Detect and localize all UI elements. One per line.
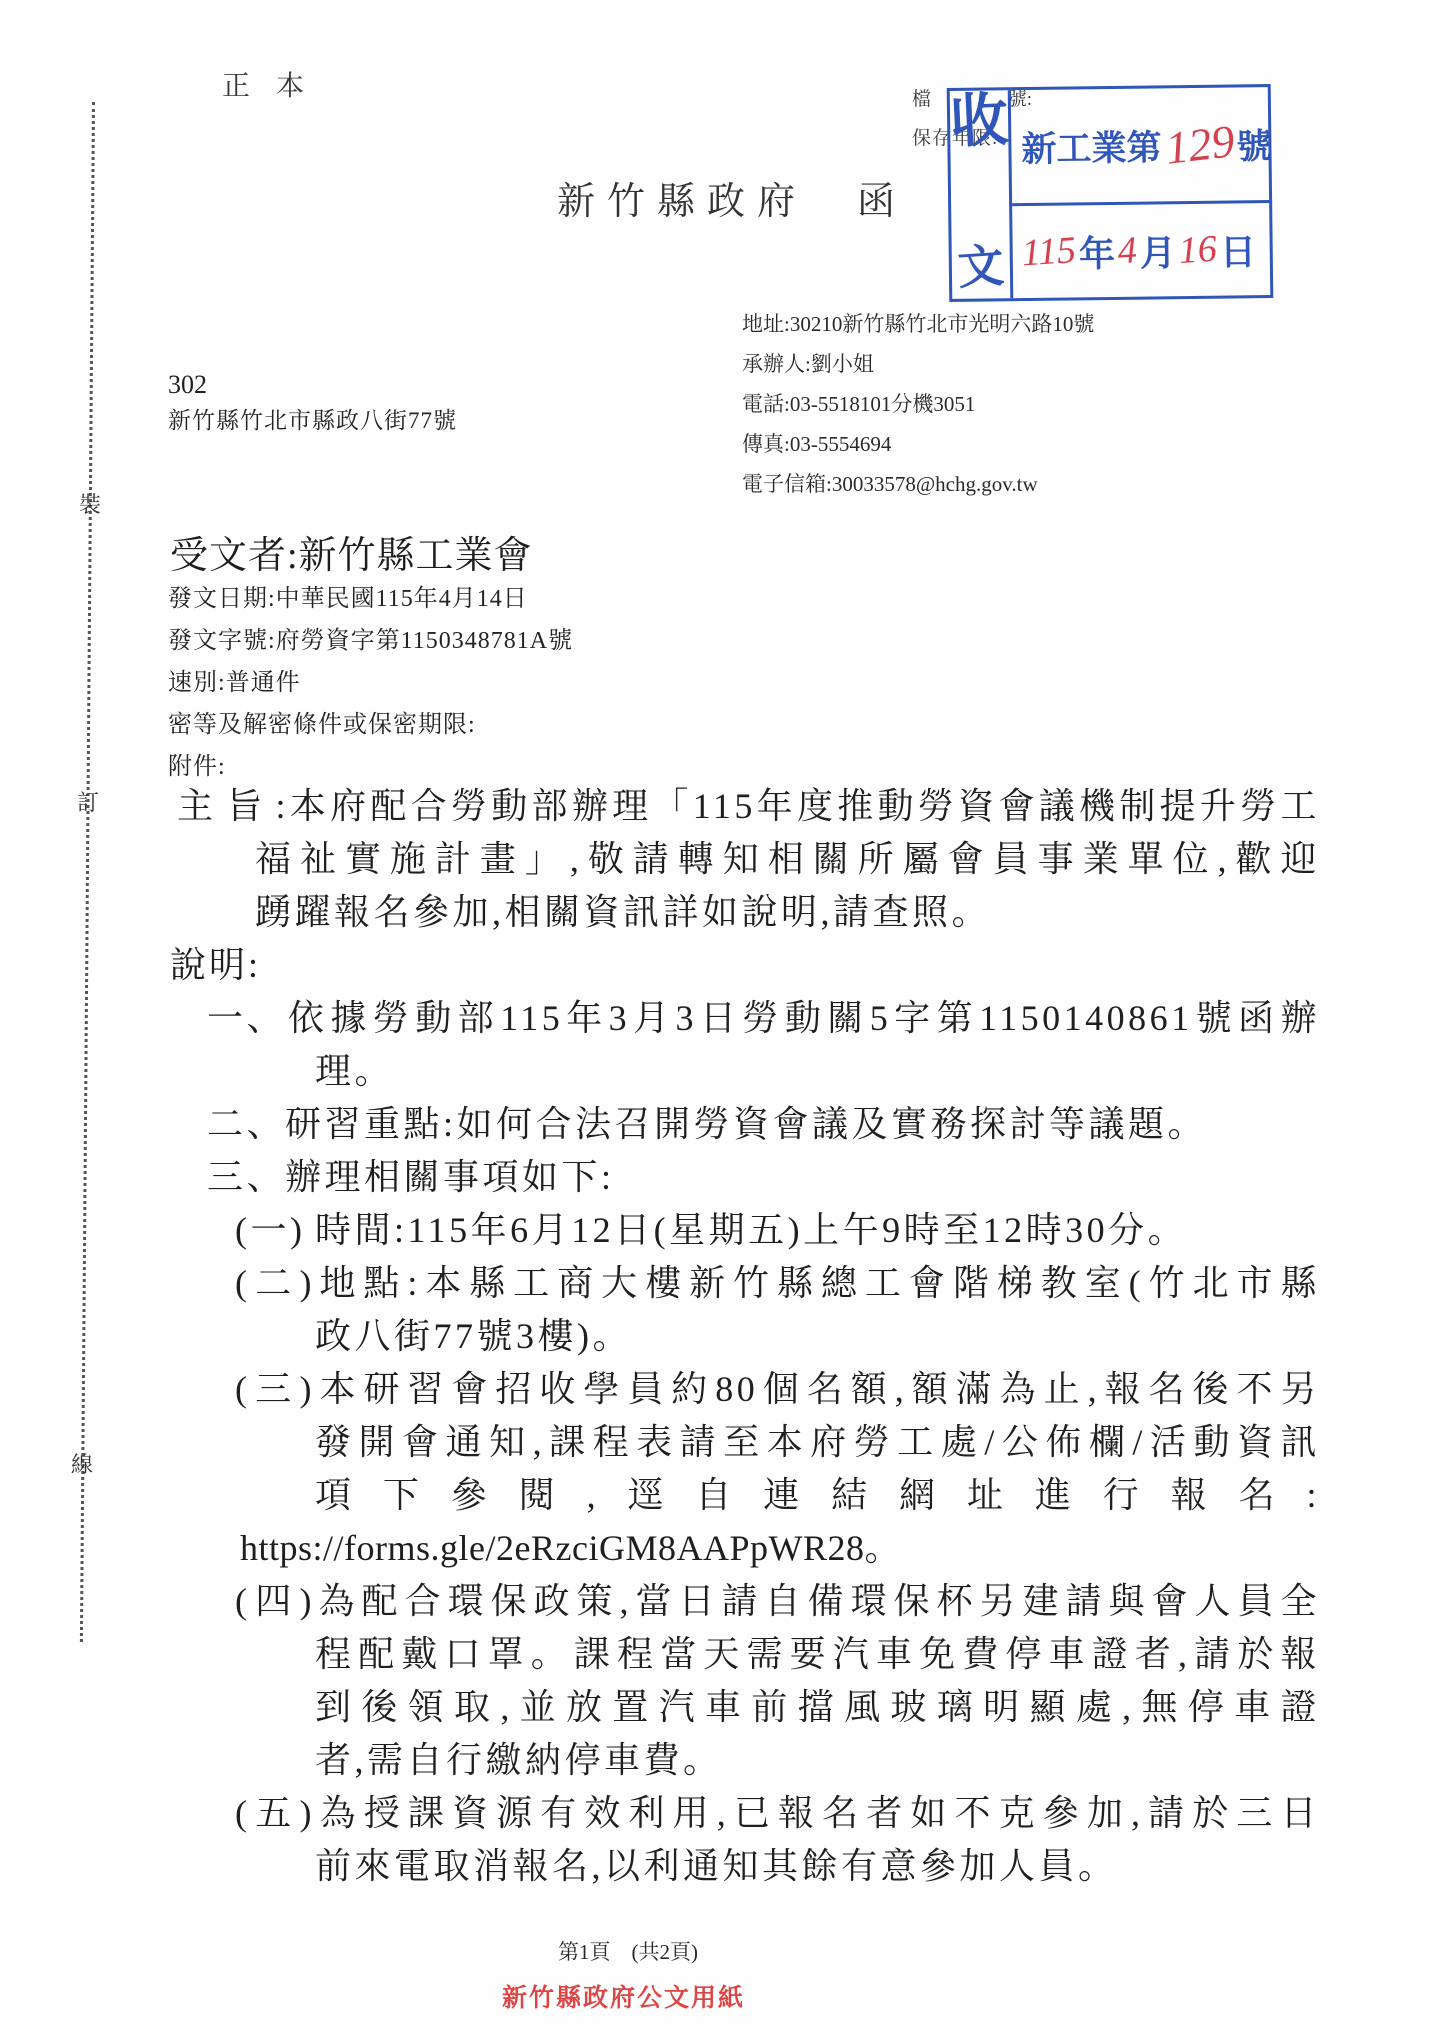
body-line: 發開會通知,課程表請至本府勞工處/公佈欄/活動資訊	[315, 1416, 1320, 1469]
list-label: (五)	[235, 1787, 315, 1840]
stamp-doc-number: 新工業第 129 號	[1011, 87, 1272, 206]
body-line: 福祉實施計畫」,敬請轉知相關所屬會員事業單位,歡迎	[255, 833, 1320, 886]
recipient-street-address: 新竹縣竹北市縣政八街77號	[168, 402, 457, 435]
contact-line: 電子信箱:30033578@hchg.gov.tw	[742, 464, 1094, 504]
list-label: 一、	[207, 992, 285, 1045]
body-line: 到後領取,並放置汽車前擋風玻璃明顯處,無停車證	[315, 1681, 1320, 1734]
contact-line: 電話:03-5518101分機3051	[742, 384, 1094, 424]
contact-block: 地址:30210新竹縣竹北市光明六路10號承辦人:劉小姐電話:03-551810…	[742, 304, 1094, 504]
stamp-date-unit: 年	[1079, 225, 1116, 276]
body-line: 者,需自行繳納停車費。	[315, 1734, 1320, 1787]
list-label: 三、	[207, 1151, 285, 1204]
stamp-date-unit: 月	[1140, 225, 1177, 276]
contact-line: 傳真:03-5554694	[742, 424, 1094, 464]
body-line-text: 本研習會招收學員約80個名額,額滿為止,報名後不另	[315, 1369, 1320, 1409]
body-line-text: 踴躍報名參加,相關資訊詳如說明,請查照。	[255, 892, 991, 932]
body-line: (三)本研習會招收學員約80個名額,額滿為止,報名後不另	[235, 1363, 1320, 1416]
copy-type-label: 正本	[222, 64, 330, 104]
stamp-document-char: 文	[956, 243, 1005, 292]
binding-mark: 線	[71, 1448, 93, 1479]
meta-line: 發文字號:府勞資字第1150348781A號	[168, 620, 573, 662]
body-line-text: 福祉實施計畫」,敬請轉知相關所屬會員事業單位,歡迎	[255, 839, 1320, 879]
binding-mark: 裝	[79, 488, 101, 519]
stamp-date-handwritten: 4	[1117, 228, 1139, 273]
meta-block: 發文日期:中華民國115年4月14日發文字號:府勞資字第1150348781A號…	[168, 578, 573, 788]
body-line: 理。	[315, 1045, 1320, 1098]
body-line: 二、研習重點:如何合法召開勞資會議及實務探討等議題。	[207, 1098, 1320, 1151]
body-line: (一)時間:115年6月12日(星期五)上午9時至12時30分。	[235, 1204, 1320, 1257]
body-line-text: 到後領取,並放置汽車前擋風玻璃明顯處,無停車證	[315, 1687, 1320, 1727]
body-line: (四)為配合環保政策,當日請自備環保杯另建請與會人員全	[235, 1575, 1320, 1628]
official-letter-page: 正本 檔 號: 保存年限: 收 文 新工業第 129 號 115年4月16日 新…	[0, 0, 1440, 2037]
contact-line: 承辦人:劉小姐	[742, 344, 1094, 384]
body-line-text: 本府配合勞動部辦理「115年度推動勞資會議機制提升勞工	[289, 786, 1320, 826]
body-line-text: 時間:115年6月12日(星期五)上午9時至12時30分。	[315, 1210, 1187, 1250]
body-line: 程配戴口罩。課程當天需要汽車免費停車證者,請於報	[315, 1628, 1320, 1681]
binding-mark: 訂	[77, 786, 99, 817]
file-number-char: 檔	[912, 84, 931, 111]
received-stamp-column: 收 文	[950, 90, 1014, 299]
body-line: (二)地點:本縣工商大樓新竹縣總工會階梯教室(竹北市縣	[235, 1257, 1320, 1310]
meta-line: 速別:普通件	[168, 662, 573, 704]
stamp-date-handwritten: 115	[1020, 228, 1077, 275]
section-heading: 說明:	[170, 939, 1320, 992]
body-line: 前來電取消報名,以利通知其餘有意參加人員。	[315, 1840, 1320, 1893]
official-paper-label: 新竹縣政府公文用紙	[502, 1978, 745, 2014]
stamp-doc-number-suffix: 號	[1236, 119, 1272, 169]
body-line-text: 者,需自行繳納停車費。	[315, 1740, 723, 1780]
body-line-text: 辦理相關事項如下:	[285, 1157, 615, 1197]
body-line-text: 研習重點:如何合法召開勞資會議及實務探討等議題。	[285, 1104, 1207, 1144]
meta-line: 密等及解密條件或保密期限:	[168, 704, 573, 746]
list-label: (四)	[235, 1575, 315, 1628]
stamp-received-char: 收	[949, 91, 1010, 152]
received-stamp-fields: 新工業第 129 號 115年4月16日	[1011, 87, 1274, 298]
page-number: 第1頁 (共2頁)	[558, 1936, 698, 1966]
body-line-text: 為授課資源有效利用,已報名者如不克參加,請於三日	[315, 1793, 1320, 1833]
body-line-text: 政八街77號3樓)。	[315, 1316, 632, 1356]
body-line: 主旨:本府配合勞動部辦理「115年度推動勞資會議機制提升勞工	[177, 780, 1320, 833]
recipient-line: 受文者:新竹縣工業會	[170, 524, 533, 579]
body-line-text: 理。	[315, 1051, 394, 1091]
body-line: 政八街77號3樓)。	[315, 1310, 1320, 1363]
body-line: (五)為授課資源有效利用,已報名者如不克參加,請於三日	[235, 1787, 1320, 1840]
body-line-text: 地點:本縣工商大樓新竹縣總工會階梯教室(竹北市縣	[315, 1263, 1320, 1303]
received-stamp: 收 文 新工業第 129 號 115年4月16日	[947, 84, 1274, 302]
document-body: 主旨:本府配合勞動部辦理「115年度推動勞資會議機制提升勞工福祉實施計畫」,敬請…	[170, 780, 1320, 1893]
list-label: (二)	[235, 1257, 315, 1310]
body-line-text: 項下參閱,逕自連結網址進行報名:	[315, 1475, 1320, 1515]
body-line: 項下參閱,逕自連結網址進行報名:	[315, 1469, 1320, 1522]
body-line-text: 發開會通知,課程表請至本府勞工處/公佈欄/活動資訊	[315, 1422, 1320, 1462]
stamp-doc-number-handwritten: 129	[1163, 114, 1238, 175]
list-label: 二、	[207, 1098, 285, 1151]
body-line-text: 為配合環保政策,當日請自備環保杯另建請與會人員全	[315, 1581, 1320, 1621]
body-line: 三、辦理相關事項如下:	[207, 1151, 1320, 1204]
registration-url[interactable]: https://forms.gle/2eRzciGM8AAPpWR28。	[240, 1522, 1320, 1575]
stamp-date: 115年4月16日	[1012, 203, 1273, 298]
stamp-date-unit: 日	[1220, 224, 1257, 275]
body-line: 一、依據勞動部115年3月3日勞動關5字第1150140861號函辦	[207, 992, 1320, 1045]
body-line-text: 程配戴口罩。課程當天需要汽車免費停車證者,請於報	[315, 1634, 1320, 1674]
list-label: 主旨:	[177, 780, 289, 833]
stamp-doc-number-prefix: 新工業第	[1021, 120, 1162, 172]
contact-line: 地址:30210新竹縣竹北市光明六路10號	[742, 304, 1094, 344]
meta-line: 發文日期:中華民國115年4月14日	[168, 578, 573, 620]
body-line-text: 依據勞動部115年3月3日勞動關5字第1150140861號函辦	[285, 998, 1320, 1038]
body-line: 踴躍報名參加,相關資訊詳如說明,請查照。	[255, 886, 1320, 939]
stamp-date-handwritten: 16	[1178, 227, 1219, 273]
document-title: 新竹縣政府 函	[557, 170, 907, 225]
recipient-zip: 302	[168, 370, 207, 400]
binding-dotted-line	[80, 102, 95, 1642]
list-label: (三)	[235, 1363, 315, 1416]
list-label: (一)	[235, 1204, 315, 1257]
body-line-text: 前來電取消報名,以利通知其餘有意參加人員。	[315, 1846, 1118, 1886]
